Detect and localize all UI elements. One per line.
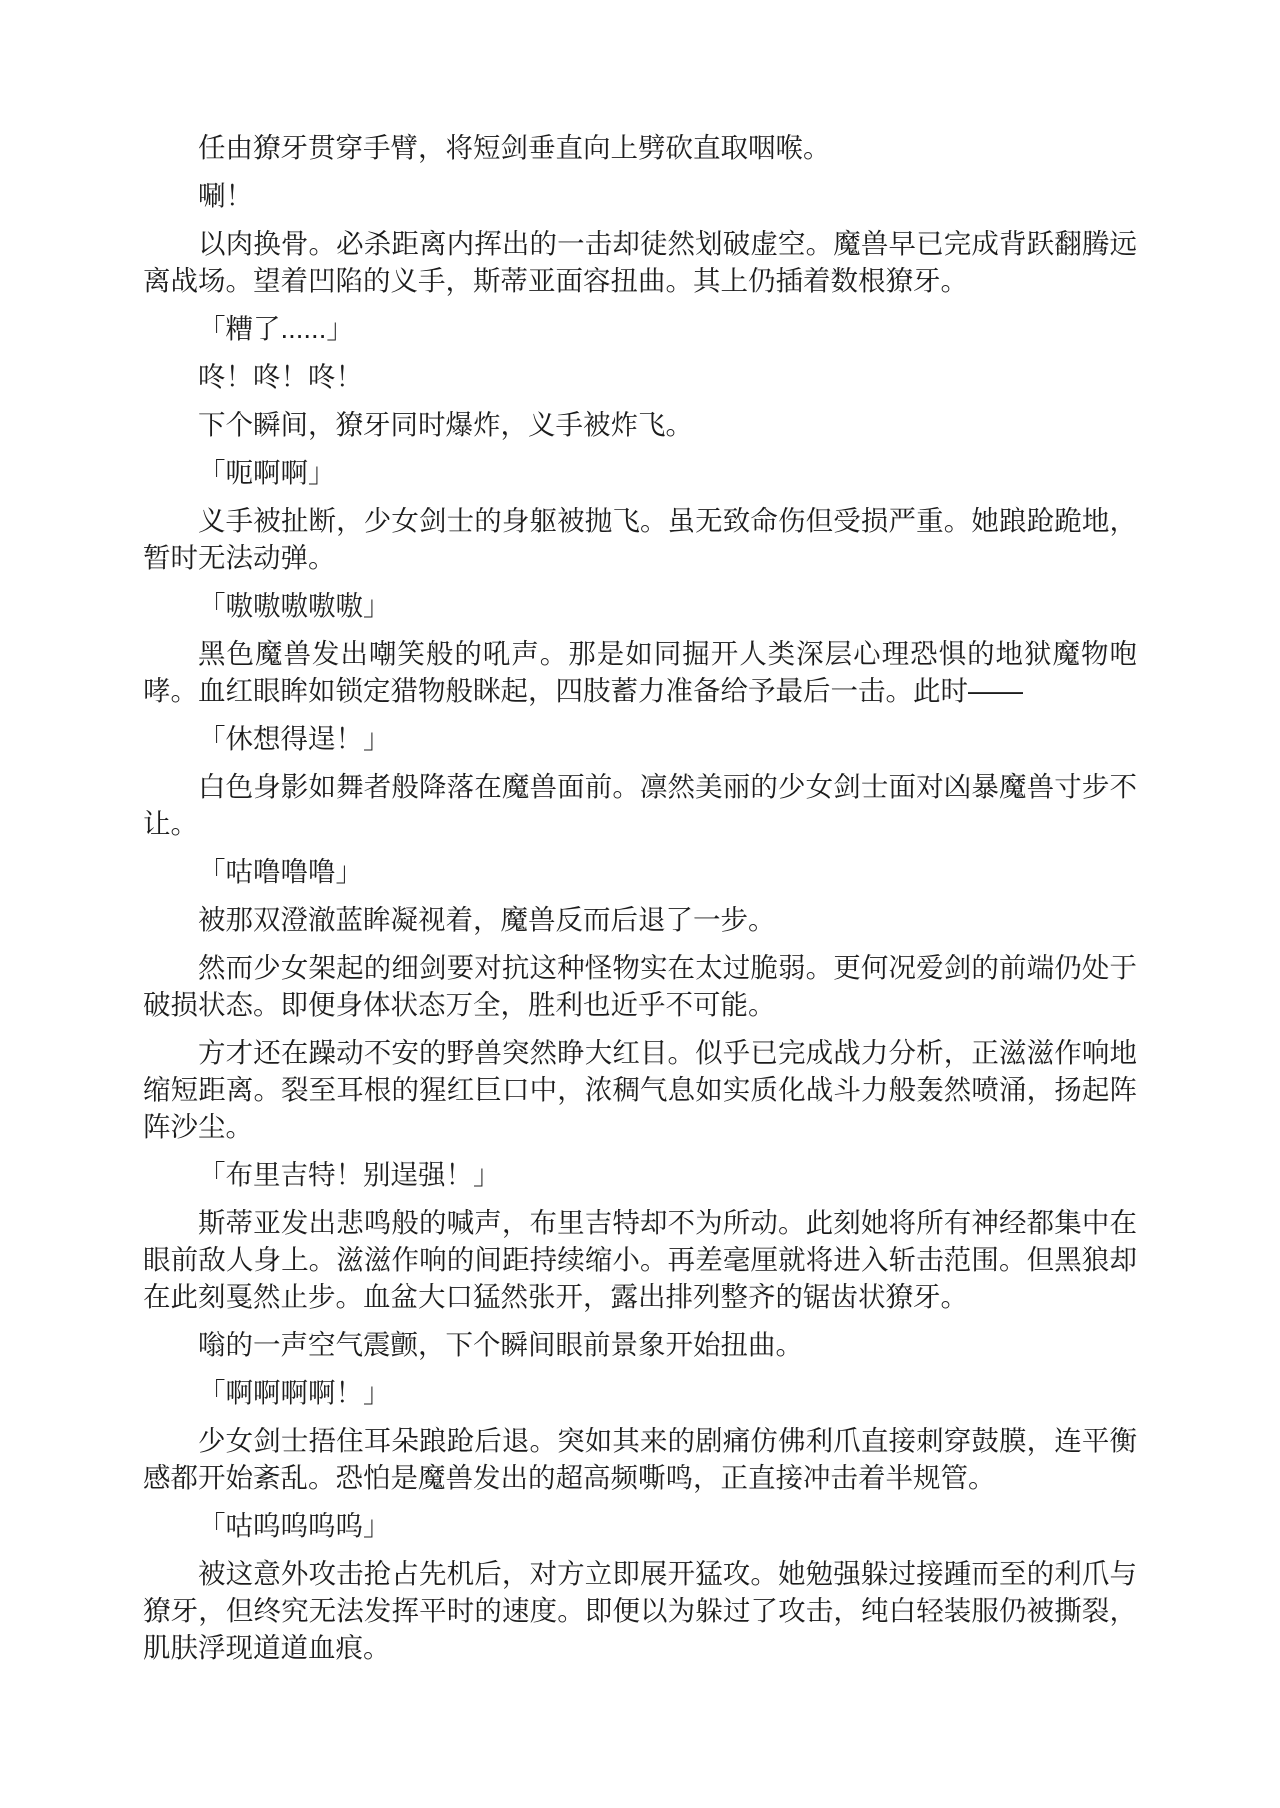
paragraph: 斯蒂亚发出悲鸣般的喊声，布里吉特却不为所动。此刻她将所有神经都集中在眼前敌人身上… — [143, 1204, 1137, 1315]
paragraph: 咚！咚！咚！ — [143, 358, 1137, 395]
paragraph: 「嗷嗷嗷嗷嗷」 — [143, 587, 1137, 624]
paragraph: 「咕呜呜呜呜」 — [143, 1507, 1137, 1544]
paragraph: 「啊啊啊啊！」 — [143, 1374, 1137, 1411]
paragraph: 少女剑士捂住耳朵踉跄后退。突如其来的剧痛仿佛利爪直接刺穿鼓膜，连平衡感都开始紊乱… — [143, 1422, 1137, 1496]
novel-page: 任由獠牙贯穿手臂，将短剑垂直向上劈砍直取咽喉。唰！以肉换骨。必杀距离内挥出的一击… — [0, 0, 1280, 1808]
paragraph: 任由獠牙贯穿手臂，将短剑垂直向上劈砍直取咽喉。 — [143, 129, 1137, 166]
paragraph: 被这意外攻击抢占先机后，对方立即展开猛攻。她勉强躲过接踵而至的利爪与獠牙，但终究… — [143, 1555, 1137, 1666]
paragraph: 「休想得逞！」 — [143, 720, 1137, 757]
novel-text-block: 任由獠牙贯穿手臂，将短剑垂直向上劈砍直取咽喉。唰！以肉换骨。必杀距离内挥出的一击… — [143, 129, 1137, 1666]
paragraph: 方才还在躁动不安的野兽突然睁大红目。似乎已完成战力分析，正滋滋作响地缩短距离。裂… — [143, 1034, 1137, 1145]
paragraph: 下个瞬间，獠牙同时爆炸，义手被炸飞。 — [143, 406, 1137, 443]
paragraph: 唰！ — [143, 177, 1137, 214]
paragraph: 被那双澄澈蓝眸凝视着，魔兽反而后退了一步。 — [143, 901, 1137, 938]
paragraph: 嗡的一声空气震颤，下个瞬间眼前景象开始扭曲。 — [143, 1326, 1137, 1363]
paragraph: 「糟了......」 — [143, 310, 1137, 347]
paragraph: 「呃啊啊」 — [143, 454, 1137, 491]
paragraph: 「咕噜噜噜」 — [143, 853, 1137, 890]
paragraph: 义手被扯断，少女剑士的身躯被抛飞。虽无致命伤但受损严重。她踉跄跪地，暂时无法动弹… — [143, 502, 1137, 576]
paragraph: 「布里吉特！别逞强！」 — [143, 1156, 1137, 1193]
paragraph: 黑色魔兽发出嘲笑般的吼声。那是如同掘开人类深层心理恐惧的地狱魔物咆哮。血红眼眸如… — [143, 635, 1137, 709]
paragraph: 白色身影如舞者般降落在魔兽面前。凛然美丽的少女剑士面对凶暴魔兽寸步不让。 — [143, 768, 1137, 842]
paragraph: 然而少女架起的细剑要对抗这种怪物实在太过脆弱。更何况爱剑的前端仍处于破损状态。即… — [143, 949, 1137, 1023]
paragraph: 以肉换骨。必杀距离内挥出的一击却徒然划破虚空。魔兽早已完成背跃翻腾远离战场。望着… — [143, 225, 1137, 299]
